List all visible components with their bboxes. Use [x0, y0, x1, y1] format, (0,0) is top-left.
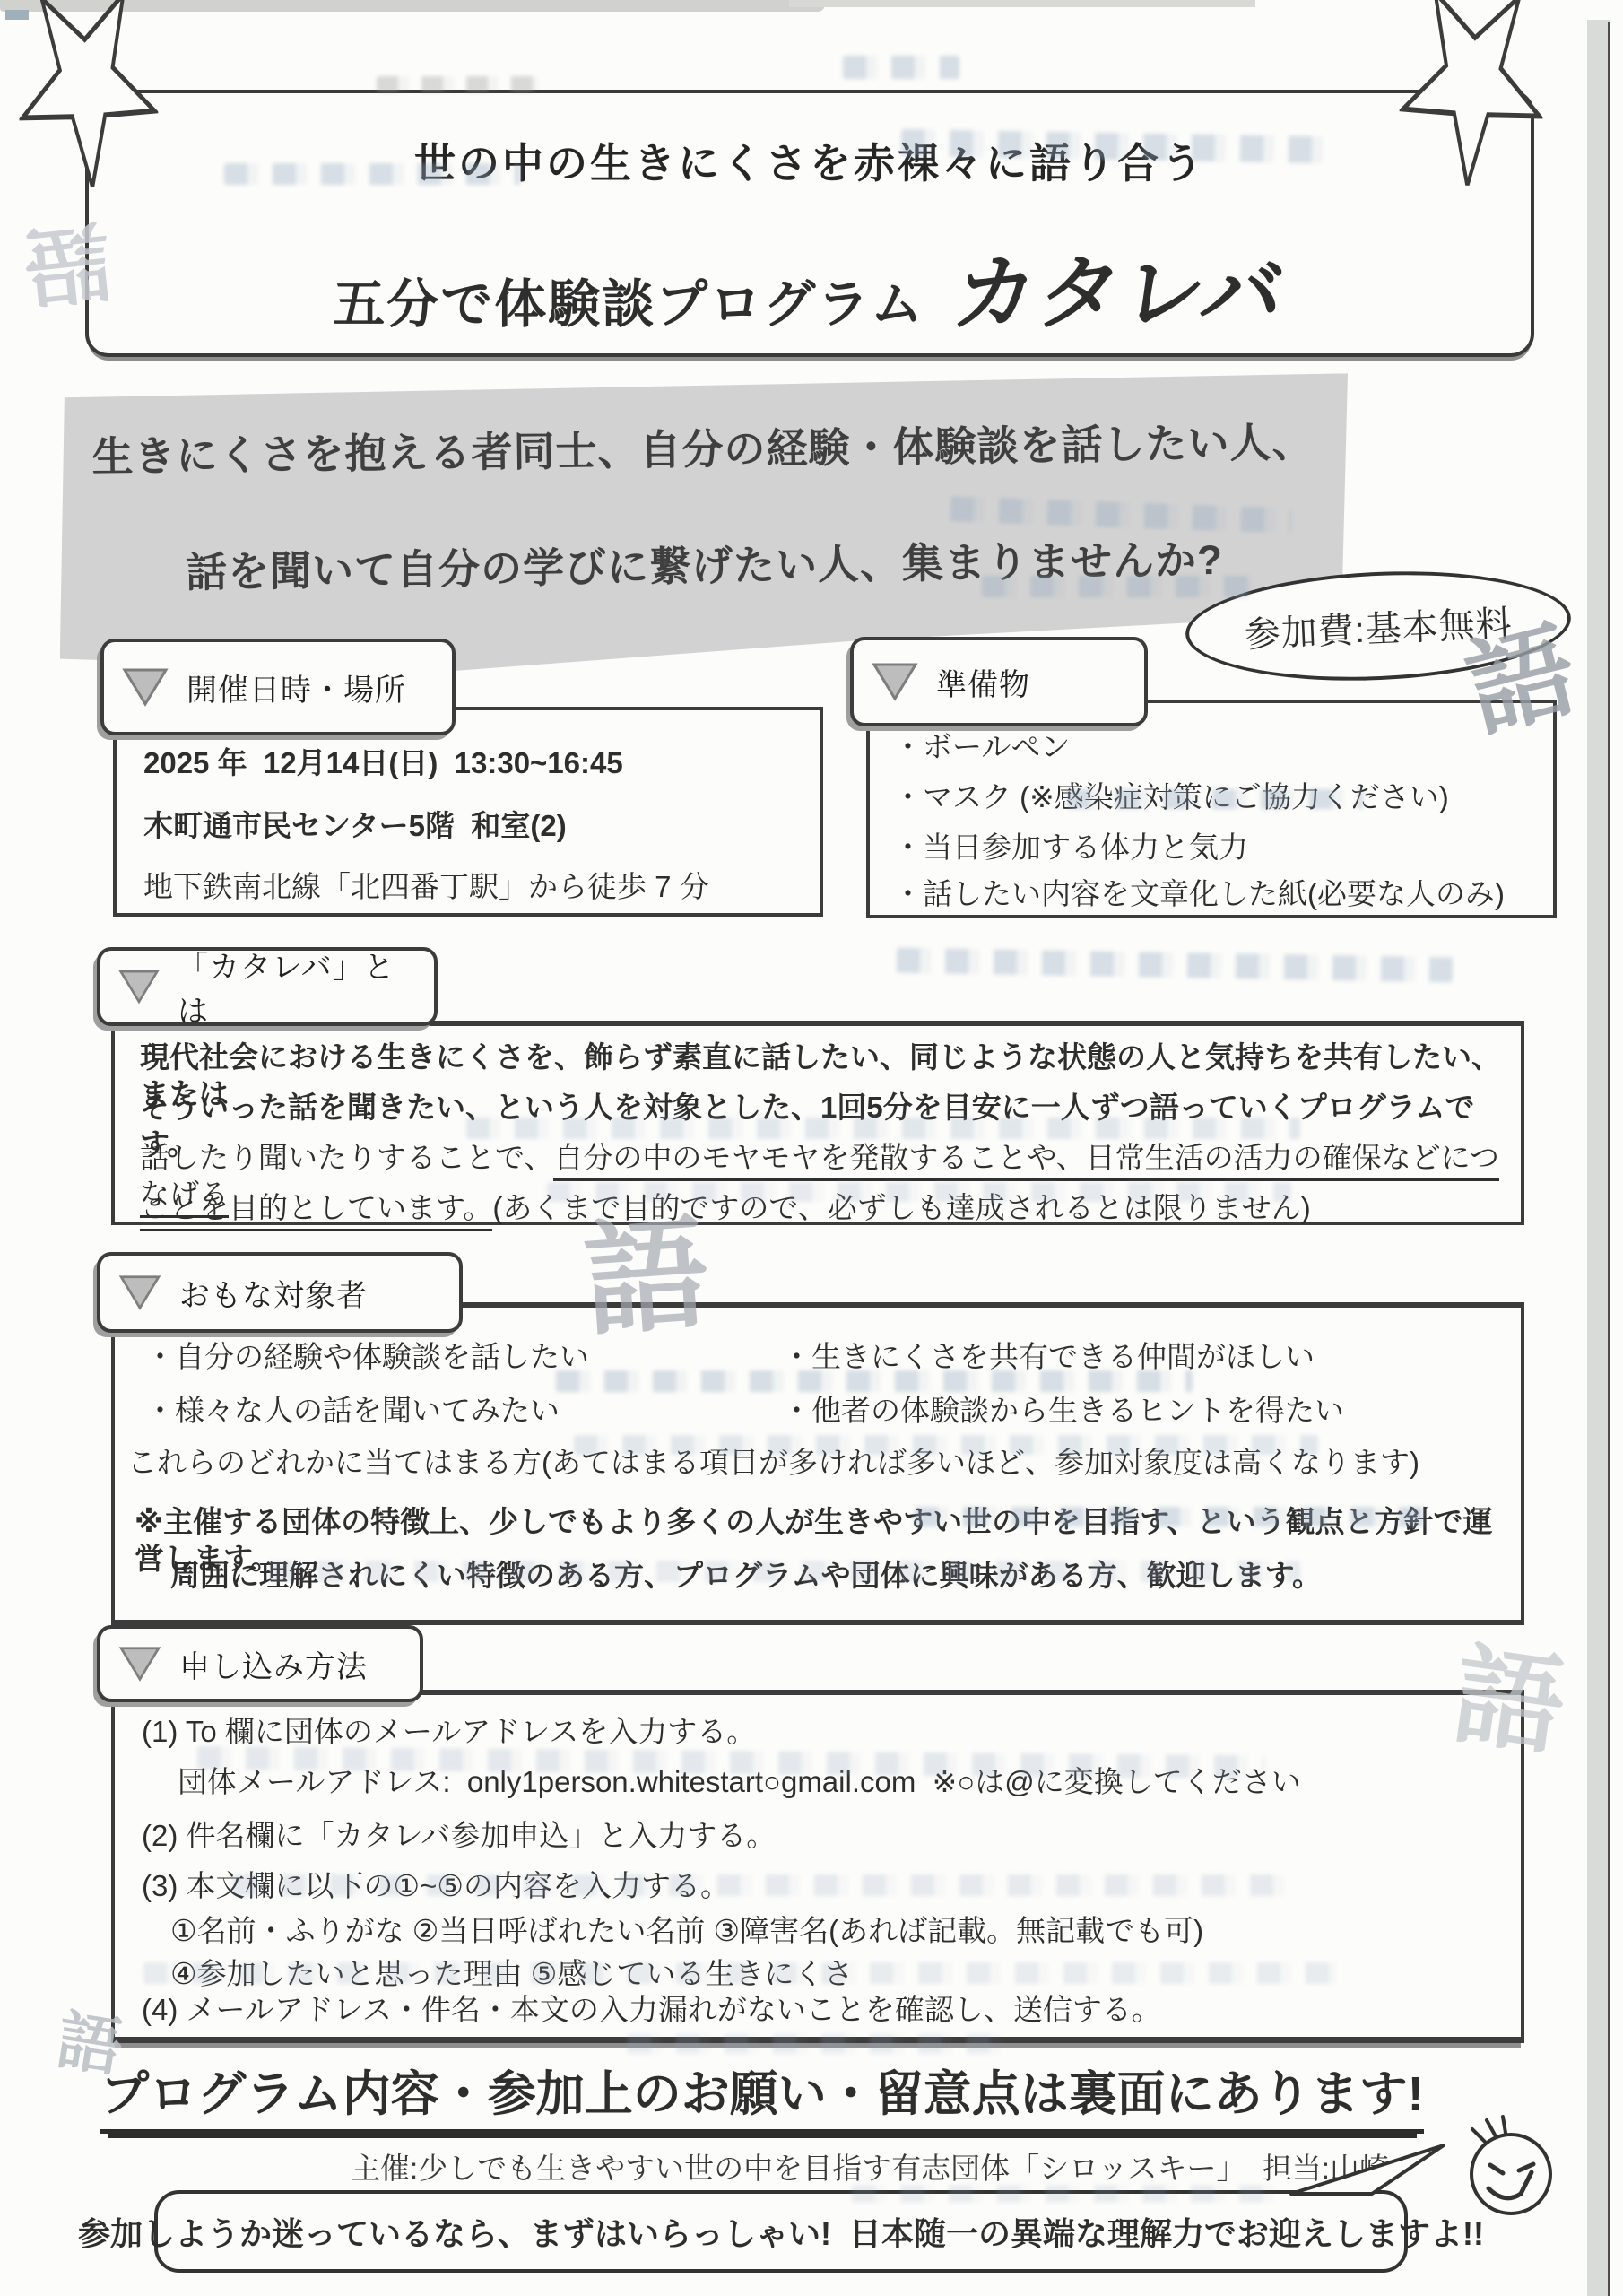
audience-panel: ・自分の経験や体験談を話したい ・生きにくさを共有できる仲間がほしい ・様々な人…: [111, 1302, 1524, 1625]
scan-edge-artifact: [1608, 22, 1610, 2296]
event-venue: 木町通市民センター5階 和室(2): [143, 807, 567, 844]
triangle-down-icon: [118, 1274, 161, 1310]
lead-text-line2: 話を聞いて自分の学びに繋げたい人、集まりませんか?: [58, 526, 1350, 601]
program-type-label: 五分で体験談プログラム: [333, 275, 924, 334]
apply-step-1: (1) To 欄に団体のメールアドレスを入力する。: [142, 1713, 756, 1750]
audience-bullet: ・自分の経験や体験談を話したい: [145, 1338, 589, 1375]
flyer-tagline: 世の中の生きにくさを赤裸々に語り合う: [89, 131, 1531, 190]
preparation-panel: ・ボールペン ・マスク (※感染症対策にご協力ください) ・当日参加する体力と気…: [866, 700, 1557, 918]
triangle-down-icon: [872, 662, 918, 701]
lead-text-line1: 生きにくさを抱える者同士、自分の経験・体験談を話したい人、: [57, 409, 1350, 484]
section-tab-apply: 申し込み方法: [97, 1625, 423, 1702]
flyer-title: 五分で体験談プログラム カタレバ: [89, 228, 1531, 346]
speech-bubble-tail: [1273, 2140, 1453, 2196]
bleedthrough-artifact: [897, 948, 1453, 983]
apply-step-3-detail2: ④参加したいと思った理由 ⑤感じている生きにくさ: [170, 1955, 853, 1992]
audience-bullet: ・様々な人の話を聞いてみたい: [145, 1392, 560, 1429]
apply-panel: (1) To 欄に団体のメールアドレスを入力する。 団体メールアドレス: onl…: [111, 1690, 1524, 2043]
title-box: 世の中の生きにくさを赤裸々に語り合う 五分で体験談プログラム カタレバ: [85, 90, 1534, 357]
audience-bullet: ・他者の体験談から生きるヒントを得たい: [782, 1392, 1344, 1429]
about-panel: 現代社会における生きにくさを、飾らず素直に話したい、同じような状態の人と気持ちを…: [111, 1021, 1524, 1225]
section-tab-about: 「カタレバ」とは: [97, 947, 438, 1026]
bleedthrough-artifact: [843, 56, 959, 79]
section-label: 準備物: [936, 660, 1030, 704]
section-label: おもな対象者: [179, 1271, 368, 1315]
datetime-panel: 2025 年 12月14日(日) 13:30~16:45 木町通市民センター5階…: [113, 707, 823, 917]
star-icon: [1395, 0, 1549, 189]
apply-step-4: (4) メールアドレス・件名・本文の入力漏れがないことを確認し、送信する。: [142, 1991, 1161, 2028]
section-label: 開催日時・場所: [187, 665, 406, 709]
list-item: ・話したい内容を文章化した紙(必要な人のみ): [893, 875, 1505, 912]
triangle-down-icon: [122, 667, 169, 707]
section-tab-audience: おもな対象者: [97, 1252, 463, 1333]
list-item: ・ボールペン: [893, 728, 1070, 765]
speech-bubble: 参加しようか迷っているなら、まずはいらっしゃい! 日本随一の異端な理解力でお迎え…: [154, 2190, 1408, 2273]
back-side-notice: プログラム内容・参加上のお願い・留意点は裏面にあります!: [99, 2056, 1426, 2125]
section-label: 申し込み方法: [179, 1642, 368, 1686]
audience-bullet: ・生きにくさを共有できる仲間がほしい: [782, 1338, 1315, 1375]
list-item: ・マスク (※感染症対策にご協力ください): [893, 778, 1449, 815]
about-text-line4: ことを目的としています。(あくまで目的ですので、必ずしも達成されるとは限りません…: [140, 1189, 1311, 1226]
flyer-page: 世の中の生きにくさを赤裸々に語り合う 五分で体験談プログラム カタレバ 生きにく…: [0, 0, 1623, 2296]
lead-banner: 生きにくさを抱える者同士、自分の経験・体験談を話したい人、 話を聞いて自分の学び…: [56, 373, 1351, 676]
star-icon: [13, 0, 161, 191]
apply-step-3: (3) 本文欄に以下の①~⑤の内容を入力する。: [142, 1867, 730, 1904]
program-name: カタレバ: [947, 228, 1295, 346]
list-item: ・当日参加する体力と気力: [893, 829, 1248, 865]
apply-step-3-detail1: ①名前・ふりがな ②当日呼ばれたい名前 ③障害名(あれば記載。無記載でも可): [170, 1912, 1203, 1949]
audience-match-note: これらのどれかに当てはまる方(あてはまる項目が多ければ多いほど、参加対象度は高く…: [127, 1444, 1419, 1481]
audience-policy-line2: 周囲に理解されにくい特徴のある方、プログラムや団体に興味がある方、歓迎します。: [170, 1557, 1322, 1594]
section-tab-datetime: 開催日時・場所: [100, 639, 456, 735]
apply-step-2: (2) 件名欄に「カタレバ参加申込」と入力する。: [142, 1817, 776, 1854]
section-tab-preparation: 準備物: [850, 637, 1148, 726]
section-label: 「カタレバ」とは: [178, 943, 416, 1031]
triangle-down-icon: [118, 969, 160, 1004]
event-datetime: 2025 年 12月14日(日) 13:30~16:45: [143, 744, 623, 781]
event-access: 地下鉄南北線「北四番丁駅」から徒歩 7 分: [143, 868, 709, 905]
apply-email-line: 団体メールアドレス: only1person.whitestart○gmail.…: [178, 1763, 1301, 1800]
scan-edge-artifact: [789, 0, 1255, 7]
winking-smiley-icon: [1460, 2115, 1558, 2221]
triangle-down-icon: [118, 1646, 161, 1682]
